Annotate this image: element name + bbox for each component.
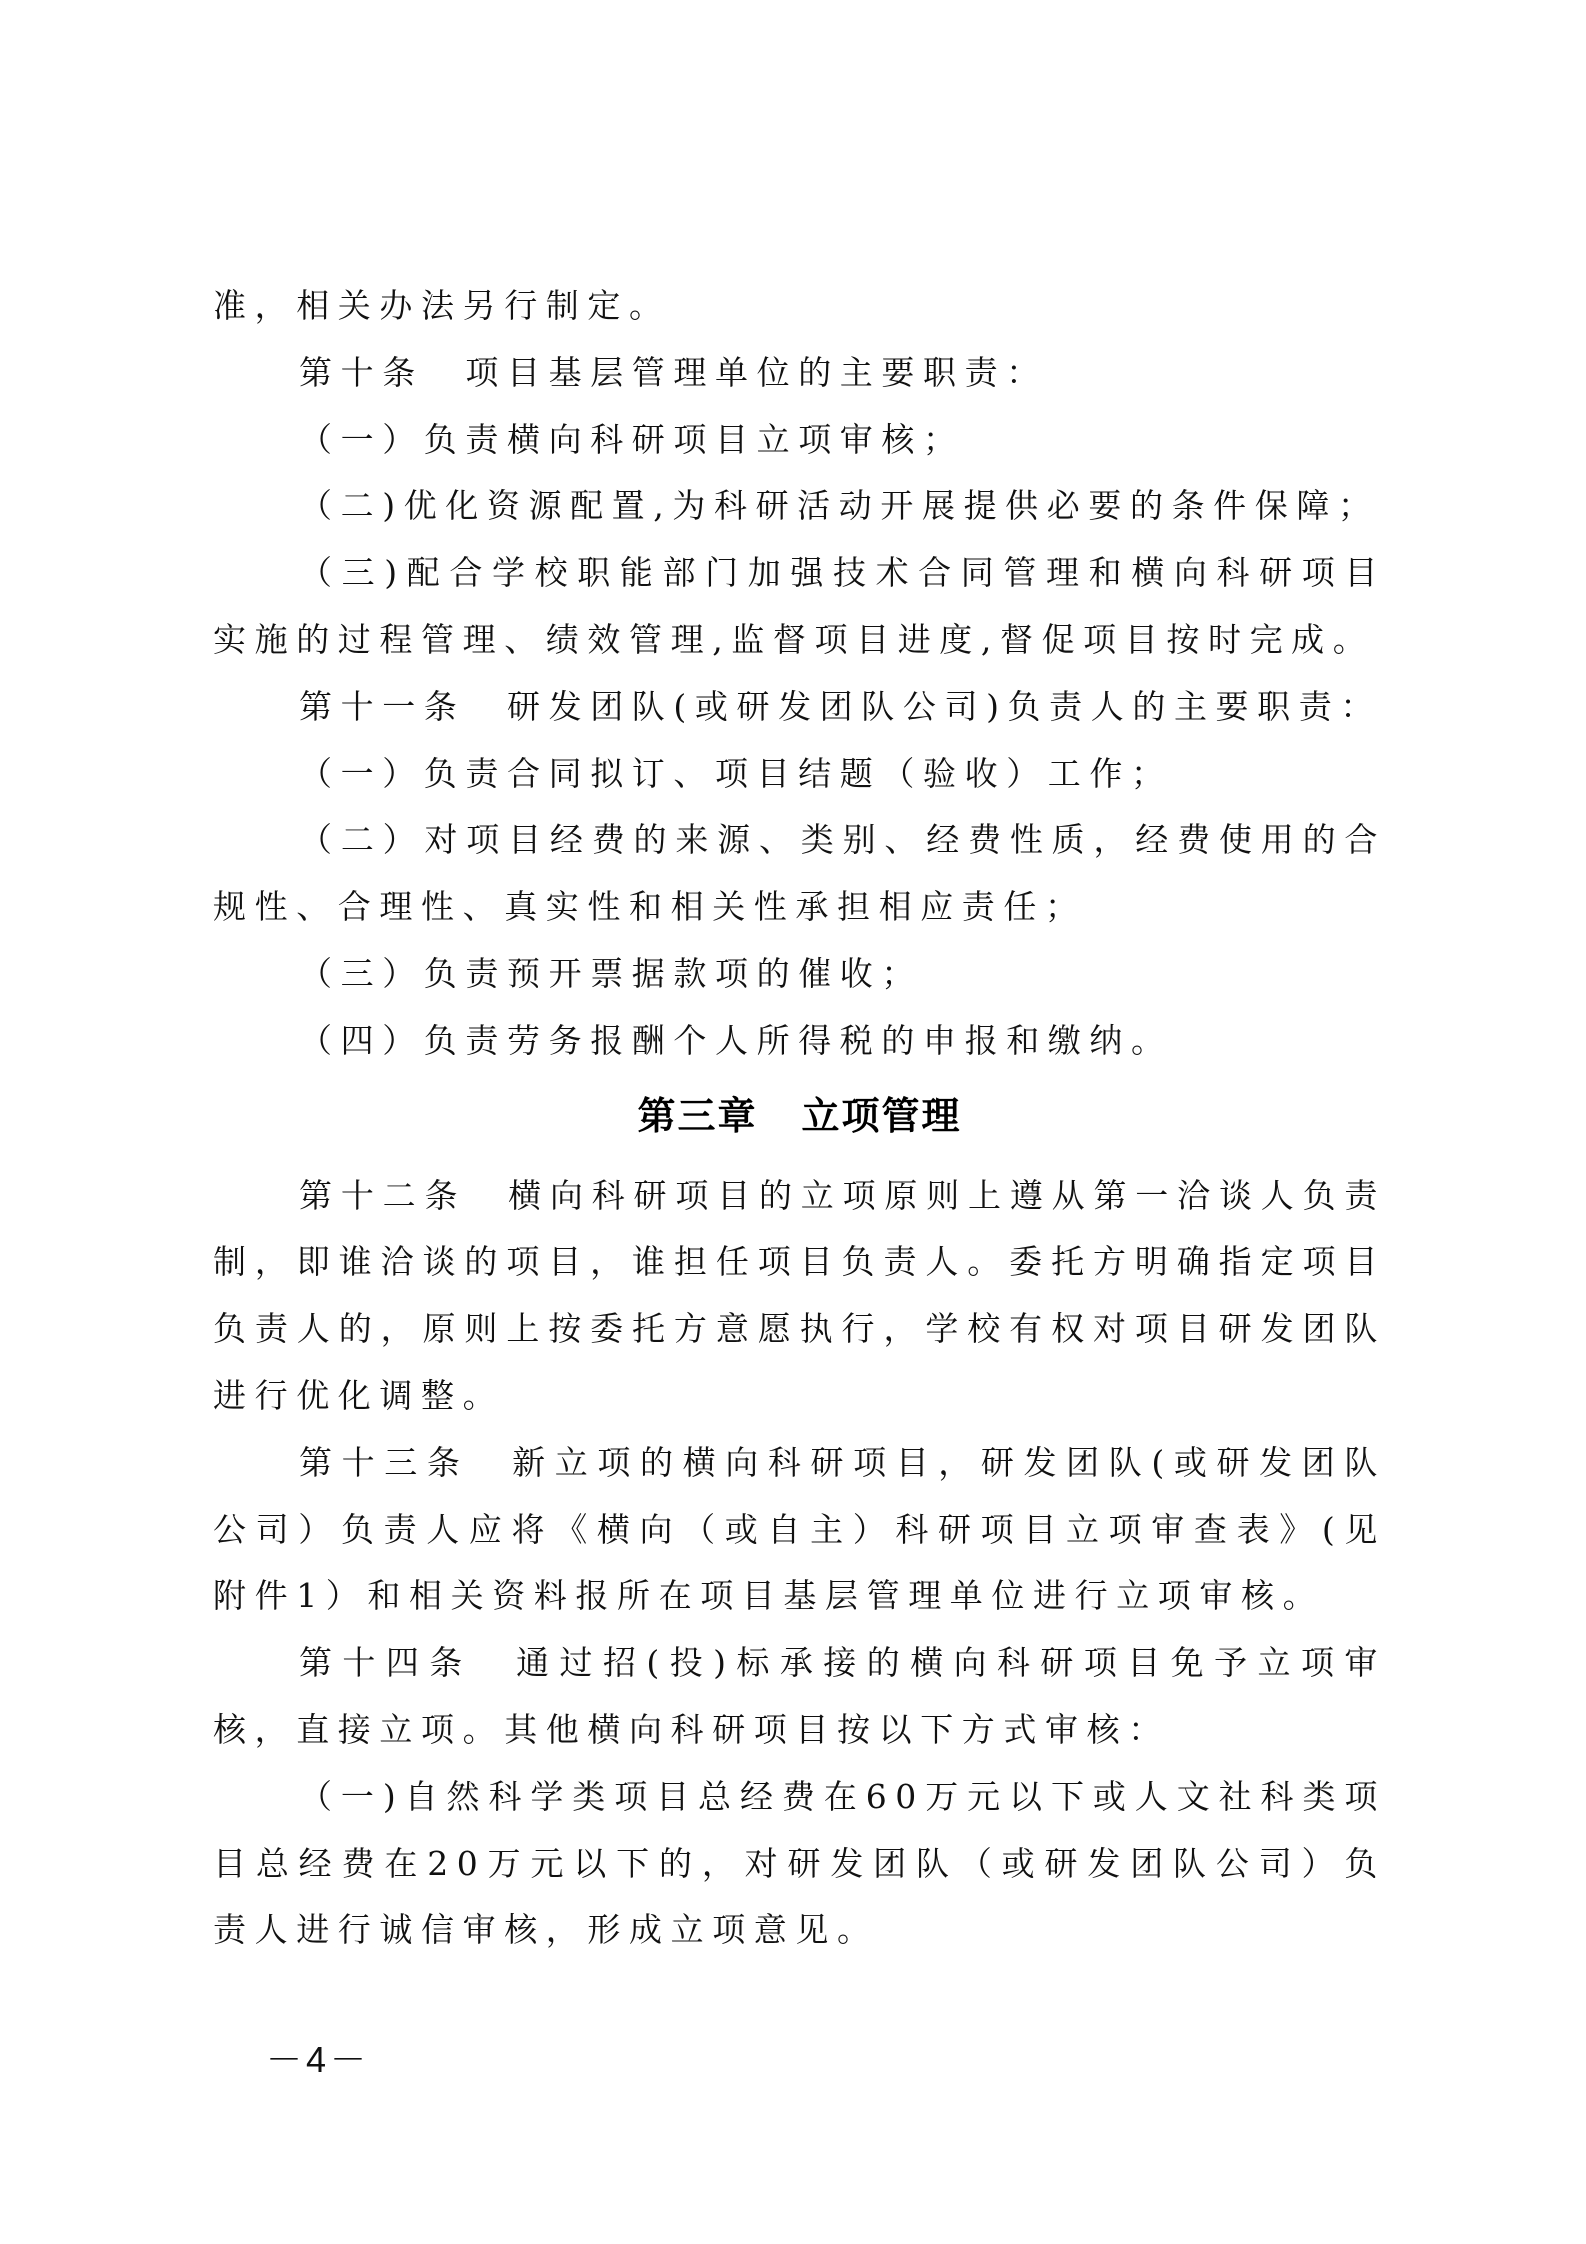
article-13: 第十三条 新立项的横向科研项目，研发团队(或研发团队公司）负责人应将《横向（或自…: [213, 1430, 1386, 1630]
article-14-item-1: （一)自然科学类项目总经费在60万元以下或人文社科类项目总经费在20万元以下的，…: [213, 1764, 1386, 1964]
article-11-item-1: （一）负责合同拟订、项目结题（验收）工作；: [213, 741, 1386, 808]
article-11-heading: 第十一条 研发团队(或研发团队公司)负责人的主要职责：: [213, 674, 1386, 741]
article-10-item-3: （三)配合学校职能部门加强技术合同管理和横向科研项目实施的过程管理、绩效管理,监…: [213, 540, 1386, 674]
article-11-item-3: （三）负责预开票据款项的催收；: [213, 941, 1386, 1008]
article-11-item-2: （二）对项目经费的来源、类别、经费性质，经费使用的合规性、合理性、真实性和相关性…: [213, 807, 1386, 941]
page-number: －4－: [266, 2040, 370, 2080]
document-body: 准，相关办法另行制定。 第十条 项目基层管理单位的主要职责： （一）负责横向科研…: [213, 273, 1386, 1964]
chapter-title: 立项管理: [802, 1094, 962, 1138]
chapter-heading: 第三章立项管理: [213, 1083, 1386, 1149]
chapter-number: 第三章: [637, 1094, 757, 1138]
article-14: 第十四条 通过招(投)标承接的横向科研项目免予立项审核，直接立项。其他横向科研项…: [213, 1630, 1386, 1764]
article-10-item-2: （二)优化资源配置,为科研活动开展提供必要的条件保障；: [213, 473, 1386, 540]
article-12: 第十二条 横向科研项目的立项原则上遵从第一洽谈人负责制，即谁洽谈的项目，谁担任项…: [213, 1163, 1386, 1430]
article-10-item-1: （一）负责横向科研项目立项审核；: [213, 407, 1386, 474]
paragraph-continuation: 准，相关办法另行制定。: [213, 273, 1386, 340]
article-11-item-4: （四）负责劳务报酬个人所得税的申报和缴纳。: [213, 1008, 1386, 1075]
document-page: 准，相关办法另行制定。 第十条 项目基层管理单位的主要职责： （一）负责横向科研…: [0, 0, 1586, 2244]
article-10-heading: 第十条 项目基层管理单位的主要职责：: [213, 340, 1386, 407]
